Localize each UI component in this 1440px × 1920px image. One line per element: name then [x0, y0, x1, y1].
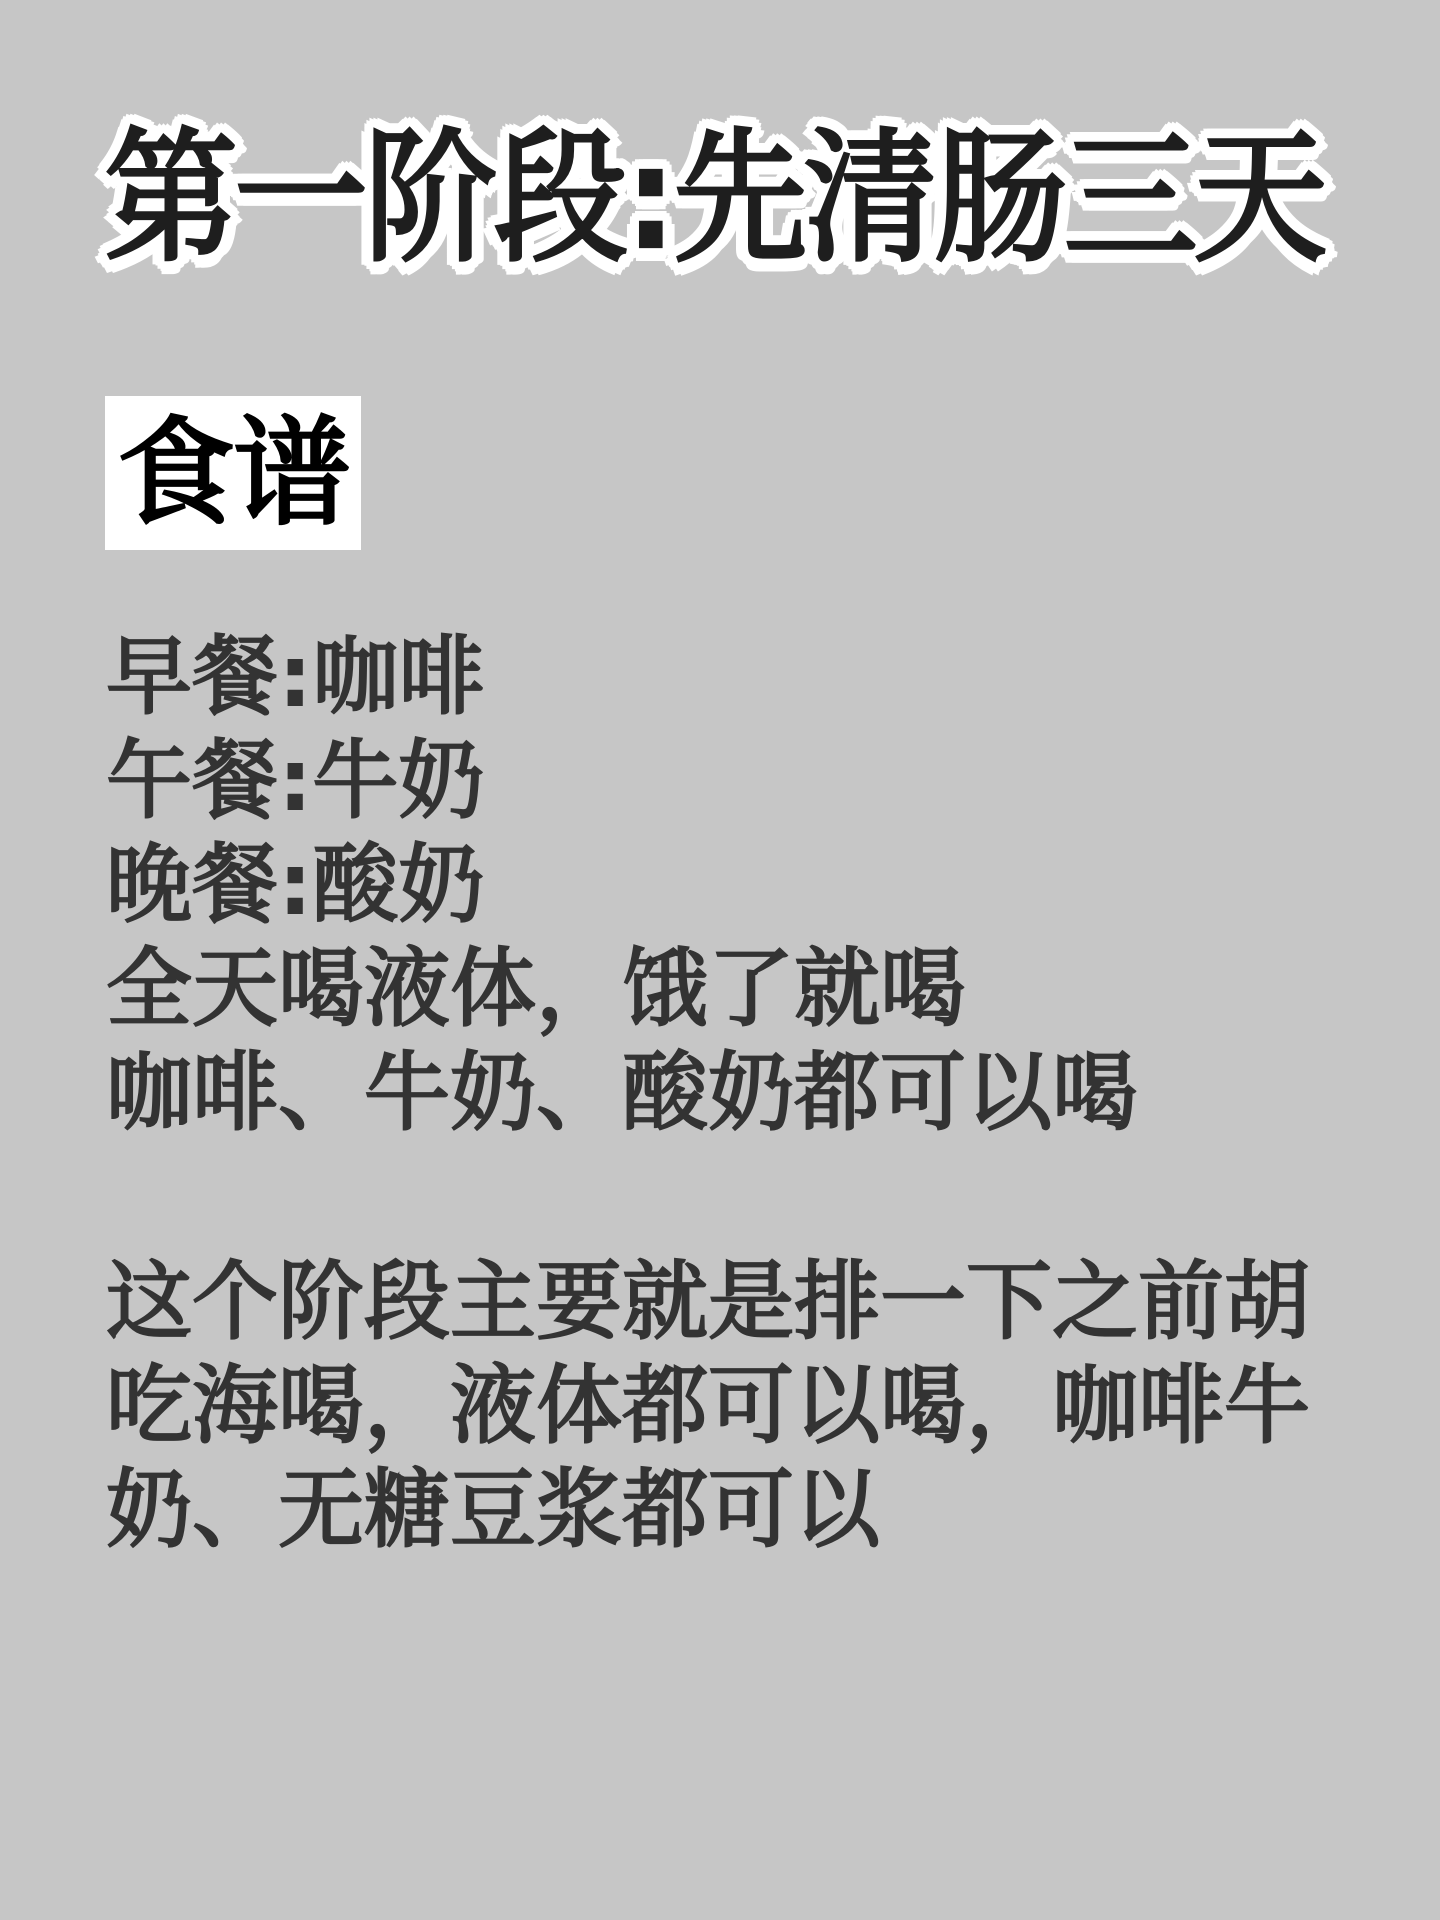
paragraph-line: 吃海喝，液体都可以喝，咖啡牛	[106, 1354, 1310, 1458]
meal-breakfast: 早餐:咖啡	[106, 625, 1138, 729]
recipe-label-box: 食谱	[105, 396, 361, 550]
meal-lunch: 午餐:牛奶	[106, 729, 1138, 833]
recipe-label: 食谱	[117, 414, 349, 532]
meal-all-day-note: 全天喝液体，饿了就喝	[106, 937, 1138, 1041]
meal-plan-list: 早餐:咖啡 午餐:牛奶 晚餐:酸奶 全天喝液体，饿了就喝 咖啡、牛奶、酸奶都可以…	[106, 625, 1138, 1145]
meal-dinner: 晚餐:酸奶	[106, 833, 1138, 937]
paragraph-line: 这个阶段主要就是排一下之前胡	[106, 1250, 1310, 1354]
meal-drinks-note: 咖啡、牛奶、酸奶都可以喝	[106, 1041, 1138, 1145]
explanation-paragraph: 这个阶段主要就是排一下之前胡 吃海喝，液体都可以喝，咖啡牛 奶、无糖豆浆都可以	[106, 1250, 1310, 1562]
page-title: 第一阶段:先清肠三天	[104, 112, 1324, 285]
paragraph-line: 奶、无糖豆浆都可以	[106, 1458, 1310, 1562]
